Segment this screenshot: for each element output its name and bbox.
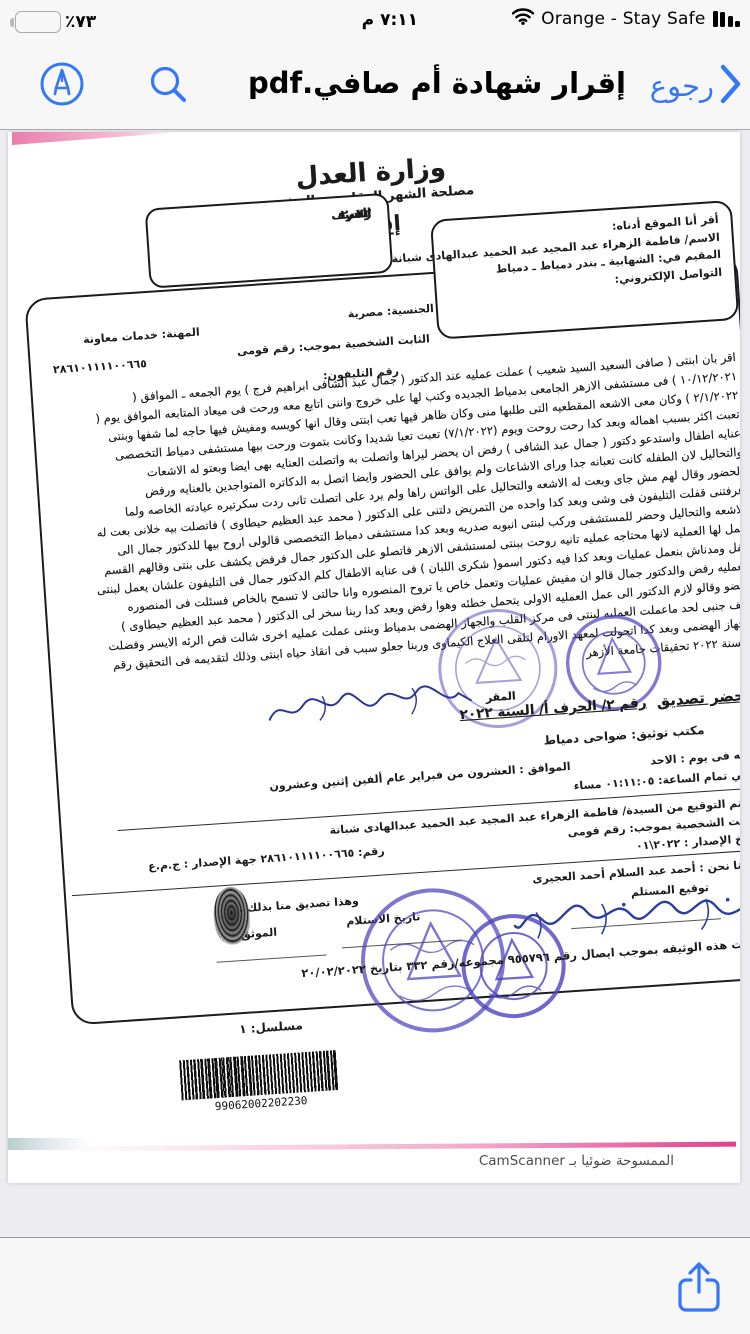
declarant-info-box: أقر أنا الموقع أدناه: الاسم/ فاطمة الزهر… bbox=[430, 200, 739, 340]
chevron-back-icon bbox=[720, 64, 742, 108]
signal-bars-icon bbox=[713, 11, 741, 27]
back-button[interactable]: رجوع bbox=[650, 64, 742, 108]
bottom-toolbar bbox=[0, 1238, 750, 1334]
share-button[interactable] bbox=[674, 1260, 724, 1316]
status-time: ٧:١١ م bbox=[362, 10, 418, 30]
battery-percent: ٪٧٣ bbox=[65, 12, 96, 32]
carrier-label: Orange - Stay Safe bbox=[541, 9, 705, 29]
battery-indicator: ٪٧٣ bbox=[10, 11, 96, 33]
scanned-page: وزارة العدل مصلحة الشهر العقارى و التوثي… bbox=[8, 132, 740, 1183]
reference-number-box: رقم٢ الحرفا السنة٢٠٢٢ bbox=[145, 193, 394, 289]
declarer-label: المقر bbox=[485, 689, 516, 704]
pdf-viewer-screen: ٪٧٣ ٧:١١ م Orange - Stay Safe إقرار شهاد… bbox=[0, 0, 750, 1334]
ref-value: ٢٠٢٢ bbox=[340, 202, 372, 226]
battery-icon-body bbox=[15, 11, 61, 33]
wifi-icon bbox=[512, 8, 534, 29]
pdf-content-area[interactable]: وزارة العدل مصلحة الشهر العقارى و التوثي… bbox=[0, 131, 750, 1237]
nav-bar: إقرار شهادة أم صافي.pdf رجوع bbox=[0, 42, 750, 130]
markup-pen-icon bbox=[39, 61, 85, 111]
search-button[interactable] bbox=[142, 60, 194, 112]
search-icon bbox=[147, 63, 189, 109]
serial-label: مسلسل: ١ bbox=[239, 1018, 304, 1036]
markup-button[interactable] bbox=[36, 60, 88, 112]
back-label: رجوع bbox=[650, 69, 714, 103]
document-title: إقرار شهادة أم صافي.pdf bbox=[248, 66, 626, 100]
declaration-document: وزارة العدل مصلحة الشهر العقارى و التوثي… bbox=[14, 132, 740, 1155]
scan-edge-artifact bbox=[12, 132, 182, 145]
battery-icon bbox=[10, 18, 14, 27]
status-bar: ٪٧٣ ٧:١١ م Orange - Stay Safe bbox=[0, 0, 750, 42]
share-icon bbox=[674, 1301, 724, 1320]
camscanner-footer: الممسوحة ضوئيا بـ CamScanner bbox=[479, 1153, 674, 1169]
